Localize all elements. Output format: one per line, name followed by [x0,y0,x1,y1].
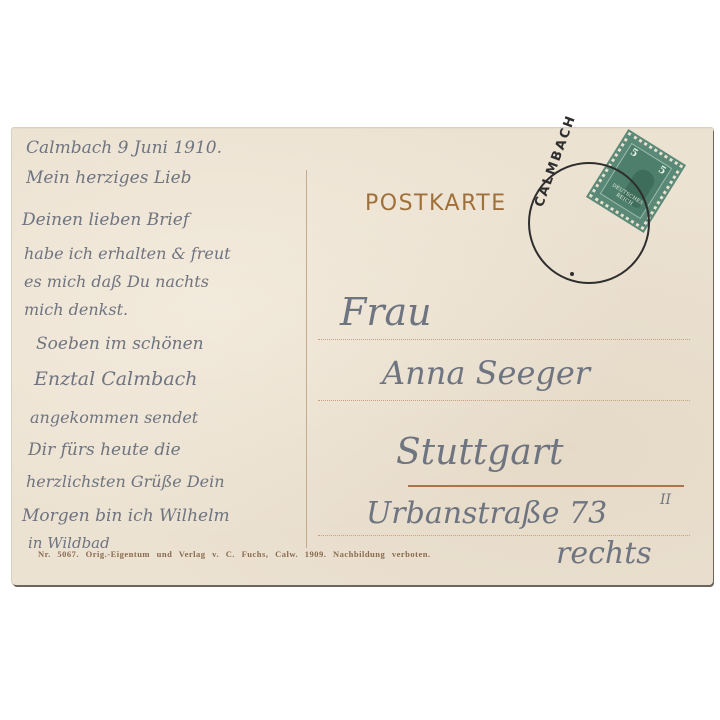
message-line: mich denkst. [24,300,128,319]
message-line: Deinen lieben Brief [22,210,189,230]
message-line: es mich daß Du nachts [24,272,209,291]
publisher-imprint: Nr. 5067. Orig.-Eigentum und Verlag v. C… [38,549,431,559]
message-line: Mein herziges Lieb [26,168,192,188]
address-line-underline [408,485,684,487]
message-line: habe ich erhalten & freut [24,244,231,263]
postcard-header: POSTKARTE [365,191,507,216]
postmark-star-icon [570,272,574,276]
address-name: Anna Seeger [382,354,590,392]
message-line: Enztal Calmbach [34,368,198,390]
address-line [318,339,690,340]
address-side: rechts [556,536,652,571]
address-street: Urbanstraße 73 [366,496,607,531]
circular-postmark-icon: CALMBACH [528,162,650,284]
message-line: Dir fürs heute die [28,440,181,460]
message-line: Soeben im schönen [36,334,204,354]
message-line: angekommen sendet [30,408,198,427]
address-salutation: Frau [340,290,432,334]
stamp-value: 5 [628,147,640,160]
address-city: Stuttgart [396,432,563,473]
postcard-divider [306,170,307,548]
message-line: herzlichsten Grüße Dein [26,472,225,491]
address-floor: II [660,492,671,508]
stamp-value: 5 [656,164,668,177]
message-line: Morgen bin ich Wilhelm [22,506,230,526]
address-line [318,400,690,401]
message-line: Calmbach 9 Juni 1910. [26,138,222,158]
